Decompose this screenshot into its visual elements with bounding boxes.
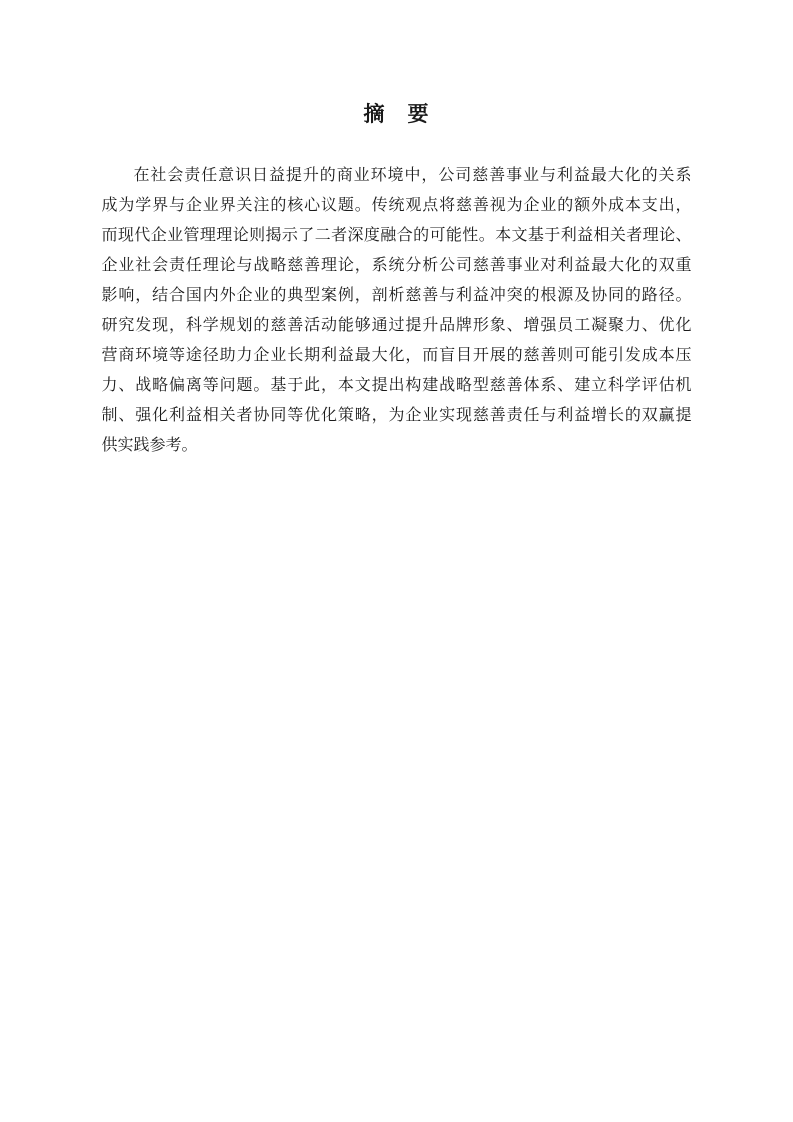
abstract-title: 摘 要 [0, 0, 793, 126]
paragraph-line: 力、战略偏离等问题。基于此，本文提出构建战略型慈善体系、建立科学评估机 [102, 371, 692, 401]
document-page: 摘 要 在社会责任意识日益提升的商业环境中，公司慈善事业与利益最大化的关系 成为… [0, 0, 793, 1122]
paragraph-line: 在社会责任意识日益提升的商业环境中，公司慈善事业与利益最大化的关系 [102, 161, 692, 191]
paragraph-line: 而现代企业管理理论则揭示了二者深度融合的可能性。本文基于利益相关者理论、 [102, 221, 692, 251]
paragraph-line: 制、强化利益相关者协同等优化策略，为企业实现慈善责任与利益增长的双赢提 [102, 401, 692, 431]
paragraph-line: 影响，结合国内外企业的典型案例，剖析慈善与利益冲突的根源及协同的路径。 [102, 281, 692, 311]
paragraph-line: 成为学界与企业界关注的核心议题。传统观点将慈善视为企业的额外成本支出， [102, 191, 692, 221]
paragraph-line: 企业社会责任理论与战略慈善理论，系统分析公司慈善事业对利益最大化的双重 [102, 251, 692, 281]
paragraph-line: 供实践参考。 [102, 431, 692, 461]
abstract-paragraph: 在社会责任意识日益提升的商业环境中，公司慈善事业与利益最大化的关系 成为学界与企… [102, 161, 692, 461]
paragraph-line: 研究发现，科学规划的慈善活动能够通过提升品牌形象、增强员工凝聚力、优化 [102, 311, 692, 341]
paragraph-line: 营商环境等途径助力企业长期利益最大化，而盲目开展的慈善则可能引发成本压 [102, 341, 692, 371]
